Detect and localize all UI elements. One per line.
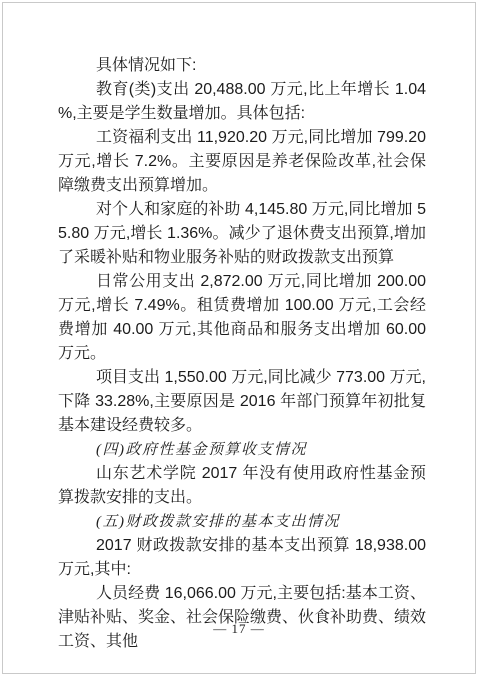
paragraph-gov-fund-statement: 山东艺术学院 2017 年没有使用政府性基金预算拨款安排的支出。 <box>58 462 426 510</box>
document-page: 具体情况如下: 教育(类)支出 20,488.00 万元,比上年增长 1.04 … <box>2 2 476 674</box>
heading-section-4: (四)政府性基金预算收支情况 <box>58 438 426 462</box>
document-viewer: 具体情况如下: 教育(类)支出 20,488.00 万元,比上年增长 1.04 … <box>0 0 484 685</box>
paragraph-personnel-expense: 人员经费 16,066.00 万元,主要包括:基本工资、津贴补贴、奖金、社会保险… <box>58 582 426 654</box>
paragraph-project-expense: 项目支出 1,550.00 万元,同比减少 773.00 万元,下降 33.28… <box>58 366 426 438</box>
page-body: 具体情况如下: 教育(类)支出 20,488.00 万元,比上年增长 1.04 … <box>58 54 426 654</box>
paragraph-daily-public-expense: 日常公用支出 2,872.00 万元,同比增加 200.00 万元,增长 7.4… <box>58 270 426 366</box>
heading-section-5: (五)财政拨款安排的基本支出情况 <box>58 510 426 534</box>
paragraph-intro: 具体情况如下: <box>58 54 426 78</box>
paragraph-individual-family-subsidy: 对个人和家庭的补助 4,145.80 万元,同比增加 55.80 万元,增长 1… <box>58 198 426 270</box>
paragraph-education-expense: 教育(类)支出 20,488.00 万元,比上年增长 1.04 %,主要是学生数… <box>58 78 426 126</box>
page-number: — 17 — <box>3 621 475 637</box>
paragraph-salary-welfare-expense: 工资福利支出 11,920.20 万元,同比增加 799.20 万元,增长 7.… <box>58 126 426 198</box>
paragraph-basic-expense-total: 2017 财政拨款安排的基本支出预算 18,938.00 万元,其中: <box>58 534 426 582</box>
